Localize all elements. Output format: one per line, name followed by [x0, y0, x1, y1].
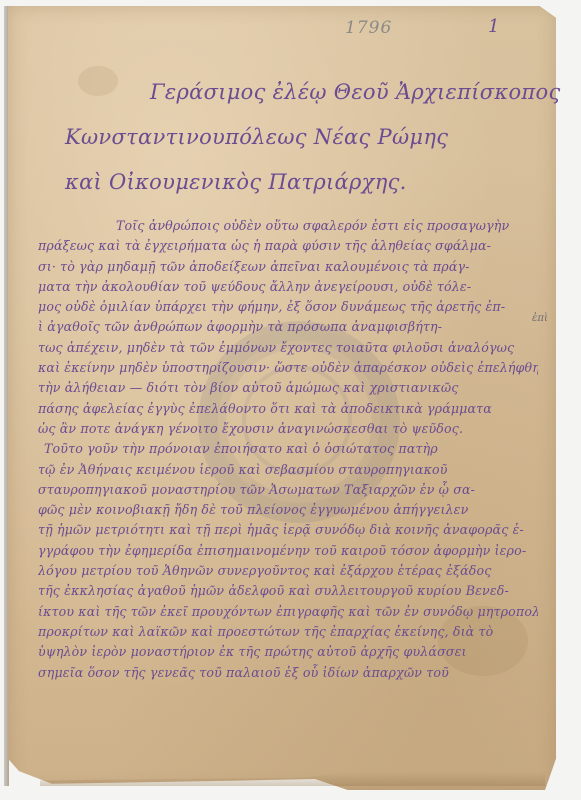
letter-body: Τοῖς ἀνθρώποις οὐδὲν οὕτω σφαλερόν ἐστι …	[38, 216, 538, 683]
body-line: ὶ ἀγαθοῖς τῶν ἀνθρώπων ἀφορμὴν τὰ πρόσωπ…	[38, 317, 538, 337]
body-line: φῶς μὲν κοινοβιακῇ ἤδη δὲ τοῦ πλείονος ἐ…	[38, 500, 538, 520]
body-line: ίκτου καὶ τῆς τῶν ἐκεῖ προυχόντων ἐπιγρα…	[38, 602, 538, 622]
archive-number: 1796	[345, 18, 392, 38]
body-line: πράξεως καὶ τὰ ἐγχειρήματα ὡς ἡ παρὰ φύσ…	[38, 236, 538, 256]
body-line: πάσης ἀφελείας ἐγγὺς ἐπελάθοντο ὅτι καὶ …	[38, 399, 538, 419]
body-line: λόγου μετρίου τοῦ Ἀθηνῶν συνεργοῦντος κα…	[38, 561, 538, 581]
body-line: σι· τὸ γὰρ μηδαμῇ τῶν ἀποδείξεων ἀπεῖναι…	[38, 257, 538, 277]
body-line: τῆς ἐκκλησίας ἀγαθοῦ ἡμῶν ἀδελφοῦ καὶ συ…	[38, 581, 538, 601]
body-line: προκρίτων καὶ λαϊκῶν καὶ προεστώτων τῆς …	[38, 622, 538, 642]
body-line: τως ἀπέχειν, μηδὲν τὰ τῶν ἐμμόνων ἔχοντε…	[38, 338, 538, 358]
body-line: ὡς ἂν ποτε ἀνάγκη γένοιτο ἔχουσιν ἀναγιν…	[38, 419, 538, 439]
header-line-3: καὶ Οἰκουμενικὸς Πατριάρχης.	[65, 170, 407, 194]
body-line: τῷ ἐν Ἀθήναις κειμένου ἱεροῦ καὶ σεβασμί…	[38, 460, 538, 480]
header-line-1: Γεράσιμος ἐλέῳ Θεοῦ Ἀρχιεπίσκοπος	[150, 80, 561, 104]
body-line: Τοῦτο γοῦν τὴν πρόνοιαν ἐποιήσατο καὶ ὁ …	[38, 439, 538, 459]
body-line: γγράφου τὴν ἐφημερίδα ἐπισημαινομένην το…	[38, 541, 538, 561]
body-line: Τοῖς ἀνθρώποις οὐδὲν οὕτω σφαλερόν ἐστι …	[38, 216, 538, 236]
body-line: μος οὐδὲ ὁμιλίαν ὑπάρχει τὴν φήμην, ἐξ ὅ…	[38, 297, 538, 317]
body-line: σταυροπηγιακοῦ μοναστηρίου τῶν Ἀσωματων …	[38, 480, 538, 500]
body-line: τὴν ἀλήθειαν — διότι τὸν βίον αὐτοῦ ἀμώμ…	[38, 378, 538, 398]
body-line: σημεῖα ὅσον τῆς γενεᾶς τοῦ παλαιοῦ ἐξ οὗ…	[38, 663, 538, 683]
body-line: καὶ ἐκείνην μηδὲν ὑποστηρίζουσιν· ὥστε ο…	[38, 358, 538, 378]
header-line-2: Κωνσταντινουπόλεως Νέας Ρώμης	[65, 125, 448, 149]
body-line: ματα τὴν ἀκολουθίαν τοῦ ψεύδους ἄλλην ἀν…	[38, 277, 538, 297]
body-line: ὑψηλὸν ἱερὸν μοναστήριον ἐκ τῆς πρώτης α…	[38, 642, 538, 662]
paper-stain	[78, 66, 118, 96]
margin-annotation: ἐπὶ	[532, 313, 548, 324]
document-viewer: 1796 1 Γεράσιμος ἐλέῳ Θεοῦ Ἀρχιεπίσκοπος…	[0, 0, 581, 800]
page-number: 1	[488, 16, 499, 37]
body-line: τῇ ἡμῶν μετριότητι καὶ τῇ περὶ ἡμᾶς ἱερᾷ…	[38, 520, 538, 540]
